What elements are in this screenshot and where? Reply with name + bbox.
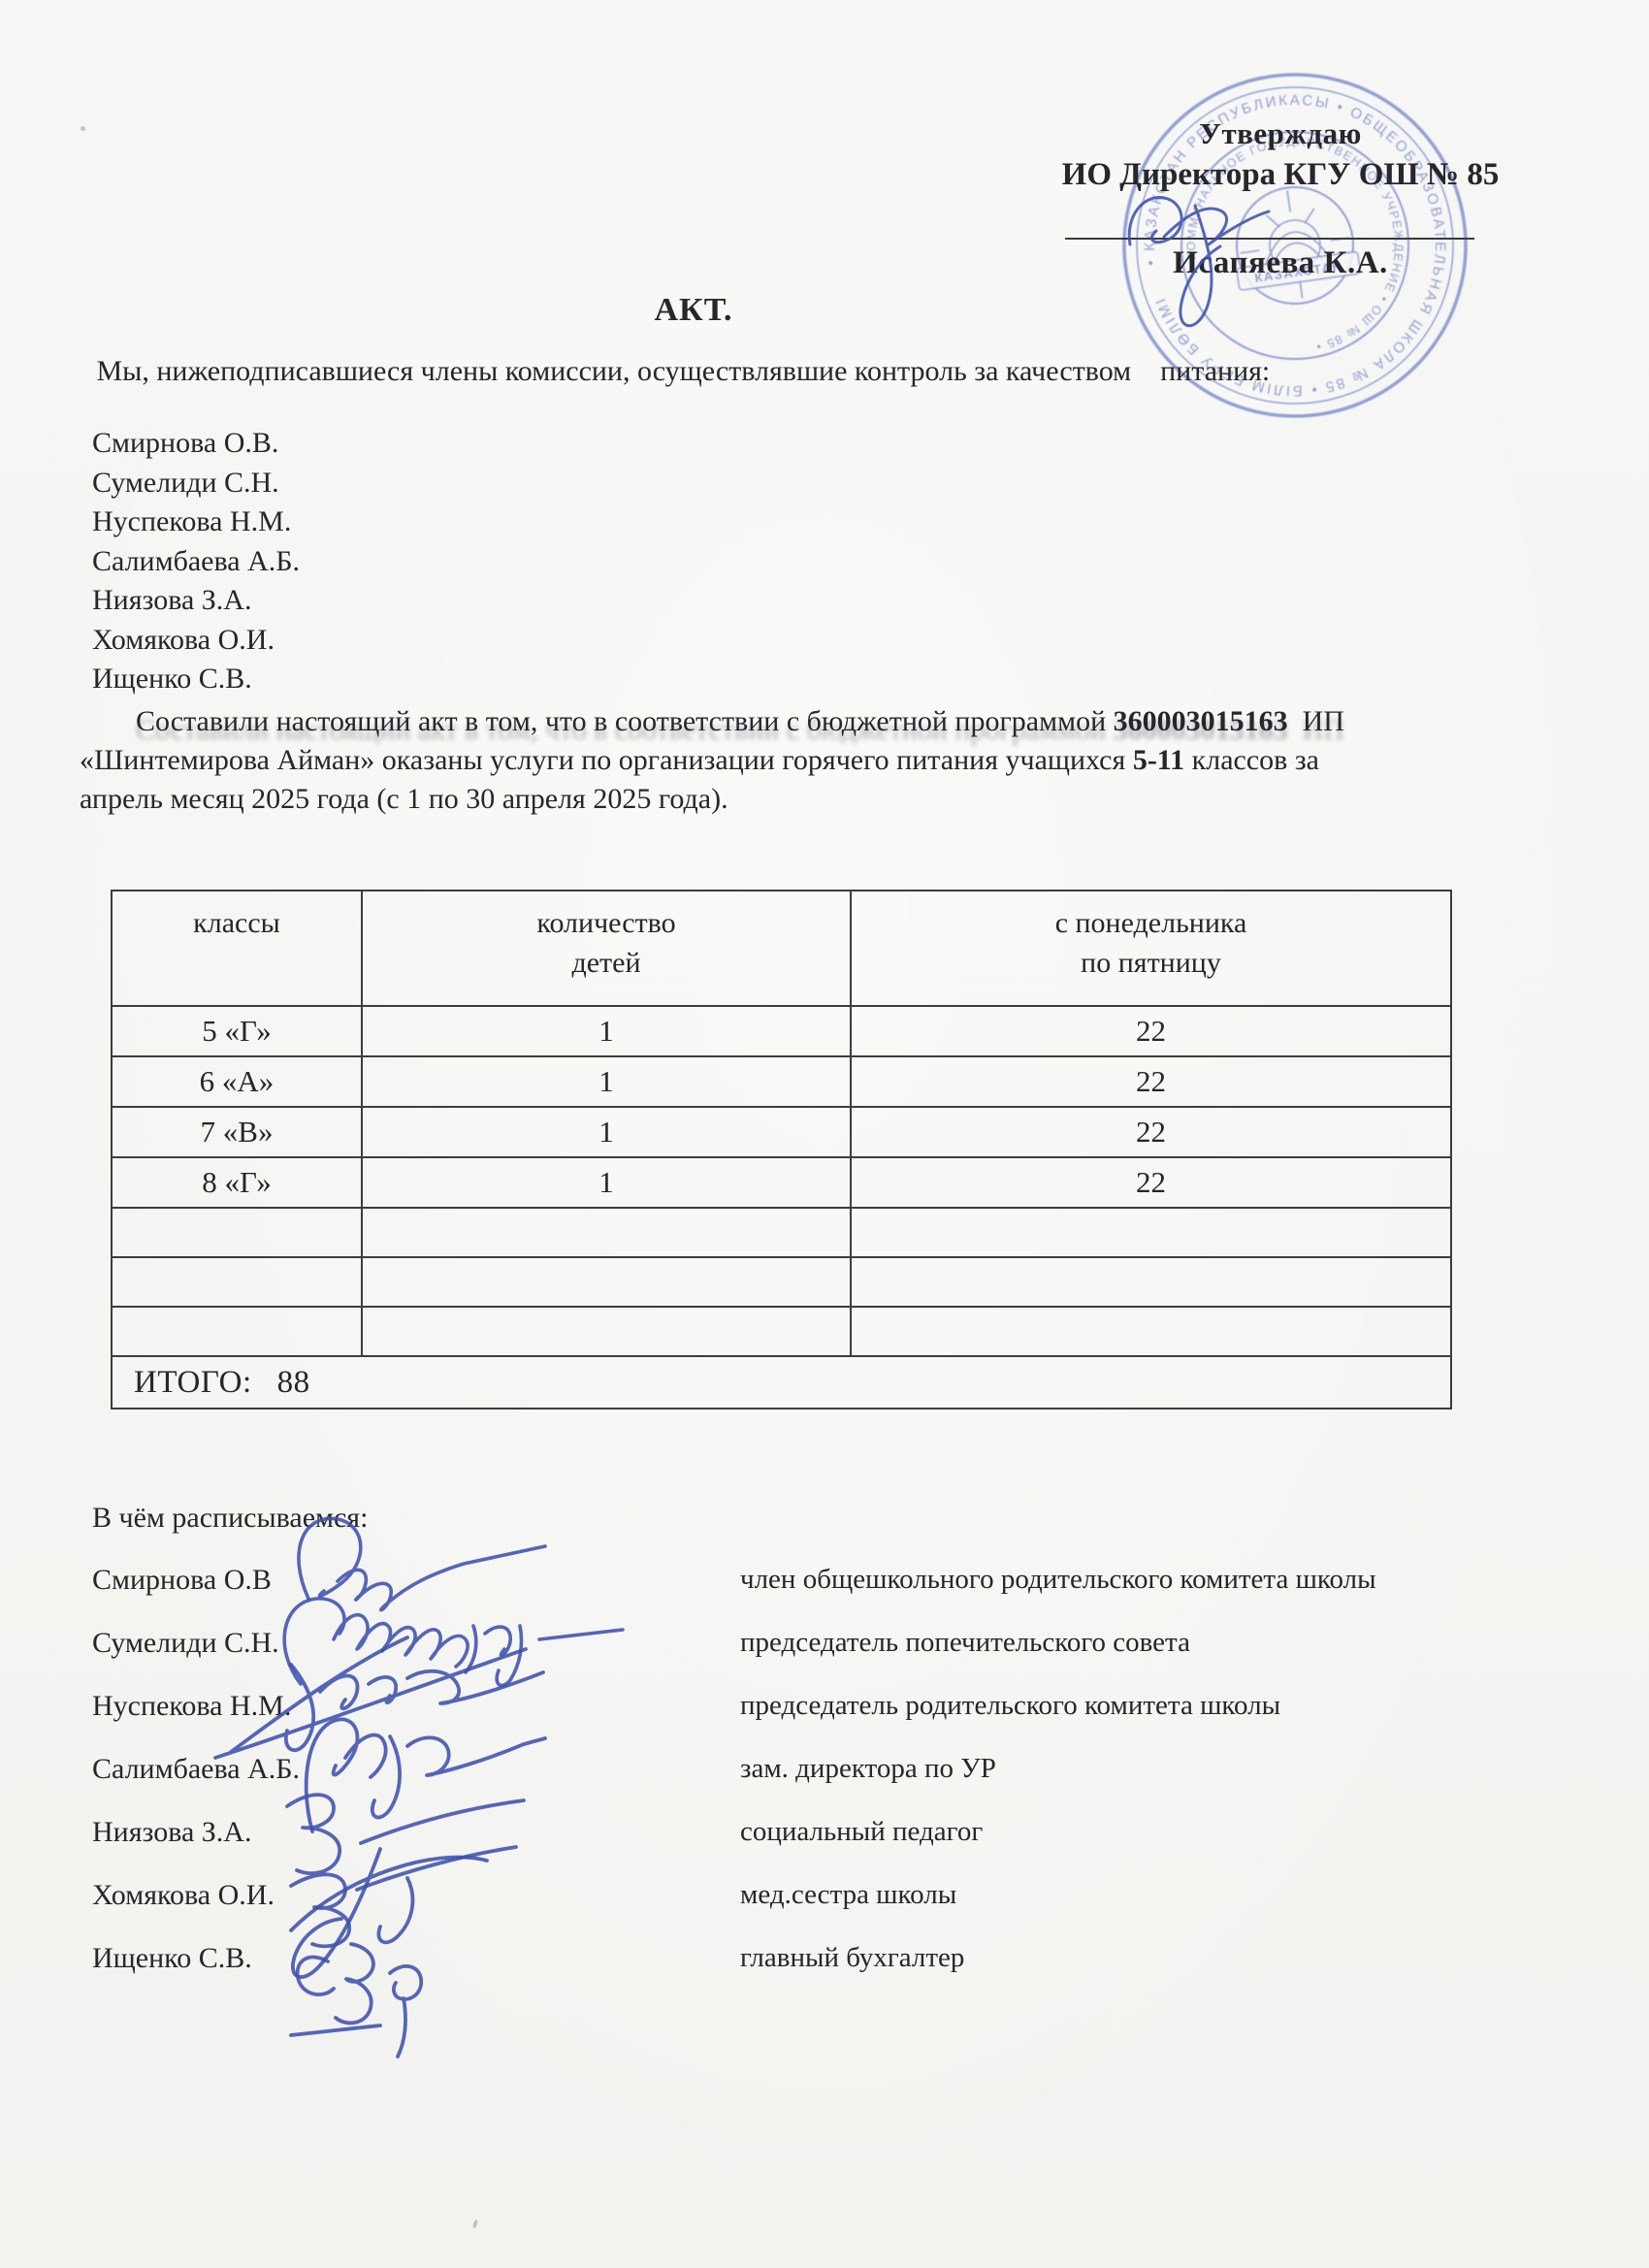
signer-role: член общешкольного родительского комитет…: [740, 1564, 1376, 1596]
commission-member: Нуспекова Н.М.: [92, 502, 300, 542]
act-body-text: классов за: [1184, 744, 1319, 776]
approval-director-line: ИО Директора КГУ ОШ № 85: [1009, 157, 1552, 193]
commission-list: Смирнова О.В. Сумелиди С.Н. Нуспекова Н.…: [92, 424, 300, 699]
signing-row: Хомякова О.И. мед.сестра школы: [92, 1863, 1528, 1927]
class-cell: 7 «В»: [112, 1107, 362, 1157]
total-value: 88: [277, 1365, 310, 1400]
budget-program-number: 360003015163: [1114, 705, 1288, 737]
signing-row: Нуспекова Н.М. председатель родительског…: [92, 1674, 1528, 1737]
table-row: 5 «Г» 1 22: [112, 1006, 1451, 1056]
signer-name: Смирнова О.В: [92, 1564, 272, 1597]
signer-role: главный бухгалтер: [740, 1942, 964, 1974]
scanned-act-document: • ҚАЗАҚСТАН РЕСПУБЛИКАСЫ • ОБЩЕОБРАЗОВАТ…: [0, 0, 1649, 2268]
table-row: 8 «Г» 1 22: [112, 1157, 1451, 1208]
document-title: АКТ.: [0, 292, 1387, 329]
signer-name: Хомякова О.И.: [92, 1879, 275, 1912]
table-row: 7 «В» 1 22: [112, 1107, 1451, 1157]
act-body-line-3: апрель месяц 2025 года (с 1 по 30 апреля…: [80, 780, 1505, 819]
signer-name: Сумелиди С.Н.: [92, 1627, 279, 1660]
signing-row: Ниязова З.А. социальный педагог: [92, 1800, 1528, 1863]
signer-name: Ниязова З.А.: [92, 1816, 251, 1849]
signing-rows: Смирнова О.В член общешкольного родитель…: [92, 1548, 1528, 1990]
commission-member: Салимбаева А.Б.: [92, 542, 300, 582]
grades-range: 5-11: [1133, 744, 1184, 776]
class-cell: 5 «Г»: [112, 1006, 362, 1056]
header-classes: классы: [112, 891, 362, 1006]
signer-role: мед.сестра школы: [740, 1879, 956, 1911]
table-empty-row: [112, 1307, 1451, 1356]
signing-caption: В чём расписываемся:: [92, 1502, 368, 1535]
act-body-line-1: Составили настоящий акт в том, что в соо…: [80, 702, 1505, 741]
signature-line: [1065, 238, 1474, 240]
children-cell: 1: [362, 1056, 851, 1107]
header-children-count: количество детей: [362, 891, 851, 1006]
meal-count-table: классы количество детей с понедельника п…: [111, 890, 1452, 1409]
children-cell: 1: [362, 1006, 851, 1056]
act-body-text: ИП: [1288, 705, 1344, 737]
signer-name: Салимбаева А.Б.: [92, 1753, 300, 1786]
signer-role: социальный педагог: [740, 1816, 983, 1848]
signing-row: Салимбаева А.Б. зам. директора по УР: [92, 1737, 1528, 1800]
header-monday-friday: с понедельника по пятницу: [851, 891, 1451, 1006]
signer-name: Ищенко С.В.: [92, 1942, 252, 1975]
approval-signer-name: Исапяева К.А.: [1009, 245, 1552, 281]
children-cell: 1: [362, 1107, 851, 1157]
act-body-line-2: «Шинтемирова Айман» оказаны услуги по ор…: [80, 741, 1505, 780]
scan-speck: [472, 2219, 479, 2229]
total-label: ИТОГО:: [134, 1365, 252, 1400]
signer-role: председатель попечительского совета: [740, 1627, 1190, 1659]
table-empty-row: [112, 1208, 1451, 1257]
class-cell: 6 «А»: [112, 1056, 362, 1107]
signer-role: зам. директора по УР: [740, 1753, 996, 1785]
commission-member: Ниязова З.А.: [92, 581, 300, 621]
total-cell: ИТОГО:88: [112, 1356, 1451, 1409]
approval-word: Утверждаю: [1009, 116, 1552, 151]
table-row: 6 «А» 1 22: [112, 1056, 1451, 1107]
scan-speck: [81, 126, 85, 131]
commission-member: Сумелиди С.Н.: [92, 464, 300, 503]
act-body-text: Составили настоящий акт в том, что в соо…: [136, 705, 1114, 737]
class-cell: 8 «Г»: [112, 1157, 362, 1208]
signer-name: Нуспекова Н.М.: [92, 1690, 291, 1723]
approval-signature-area: [1009, 193, 1552, 245]
intro-paragraph: Мы, нижеподписавшиеся члены комиссии, ос…: [89, 355, 1270, 388]
table-header-row: классы количество детей с понедельника п…: [112, 891, 1451, 1006]
approval-block: Утверждаю ИО Директора КГУ ОШ № 85 Исапя…: [1009, 116, 1552, 281]
days-cell: 22: [851, 1157, 1451, 1208]
signing-row: Ищенко С.В. главный бухгалтер: [92, 1927, 1528, 1990]
signing-row: Сумелиди С.Н. председатель попечительско…: [92, 1611, 1528, 1674]
commission-member: Смирнова О.В.: [92, 424, 300, 464]
days-cell: 22: [851, 1056, 1451, 1107]
act-body-paragraph: Составили настоящий акт в том, что в соо…: [80, 702, 1505, 819]
table-total-row: ИТОГО:88: [112, 1356, 1451, 1409]
act-body-text: «Шинтемирова Айман» оказаны услуги по ор…: [80, 744, 1133, 776]
children-cell: 1: [362, 1157, 851, 1208]
table-empty-row: [112, 1257, 1451, 1307]
signing-row: Смирнова О.В член общешкольного родитель…: [92, 1548, 1528, 1611]
days-cell: 22: [851, 1107, 1451, 1157]
signer-role: председатель родительского комитета школ…: [740, 1690, 1280, 1722]
commission-member: Хомякова О.И.: [92, 621, 300, 661]
days-cell: 22: [851, 1006, 1451, 1056]
commission-member: Ищенко С.В.: [92, 660, 300, 699]
